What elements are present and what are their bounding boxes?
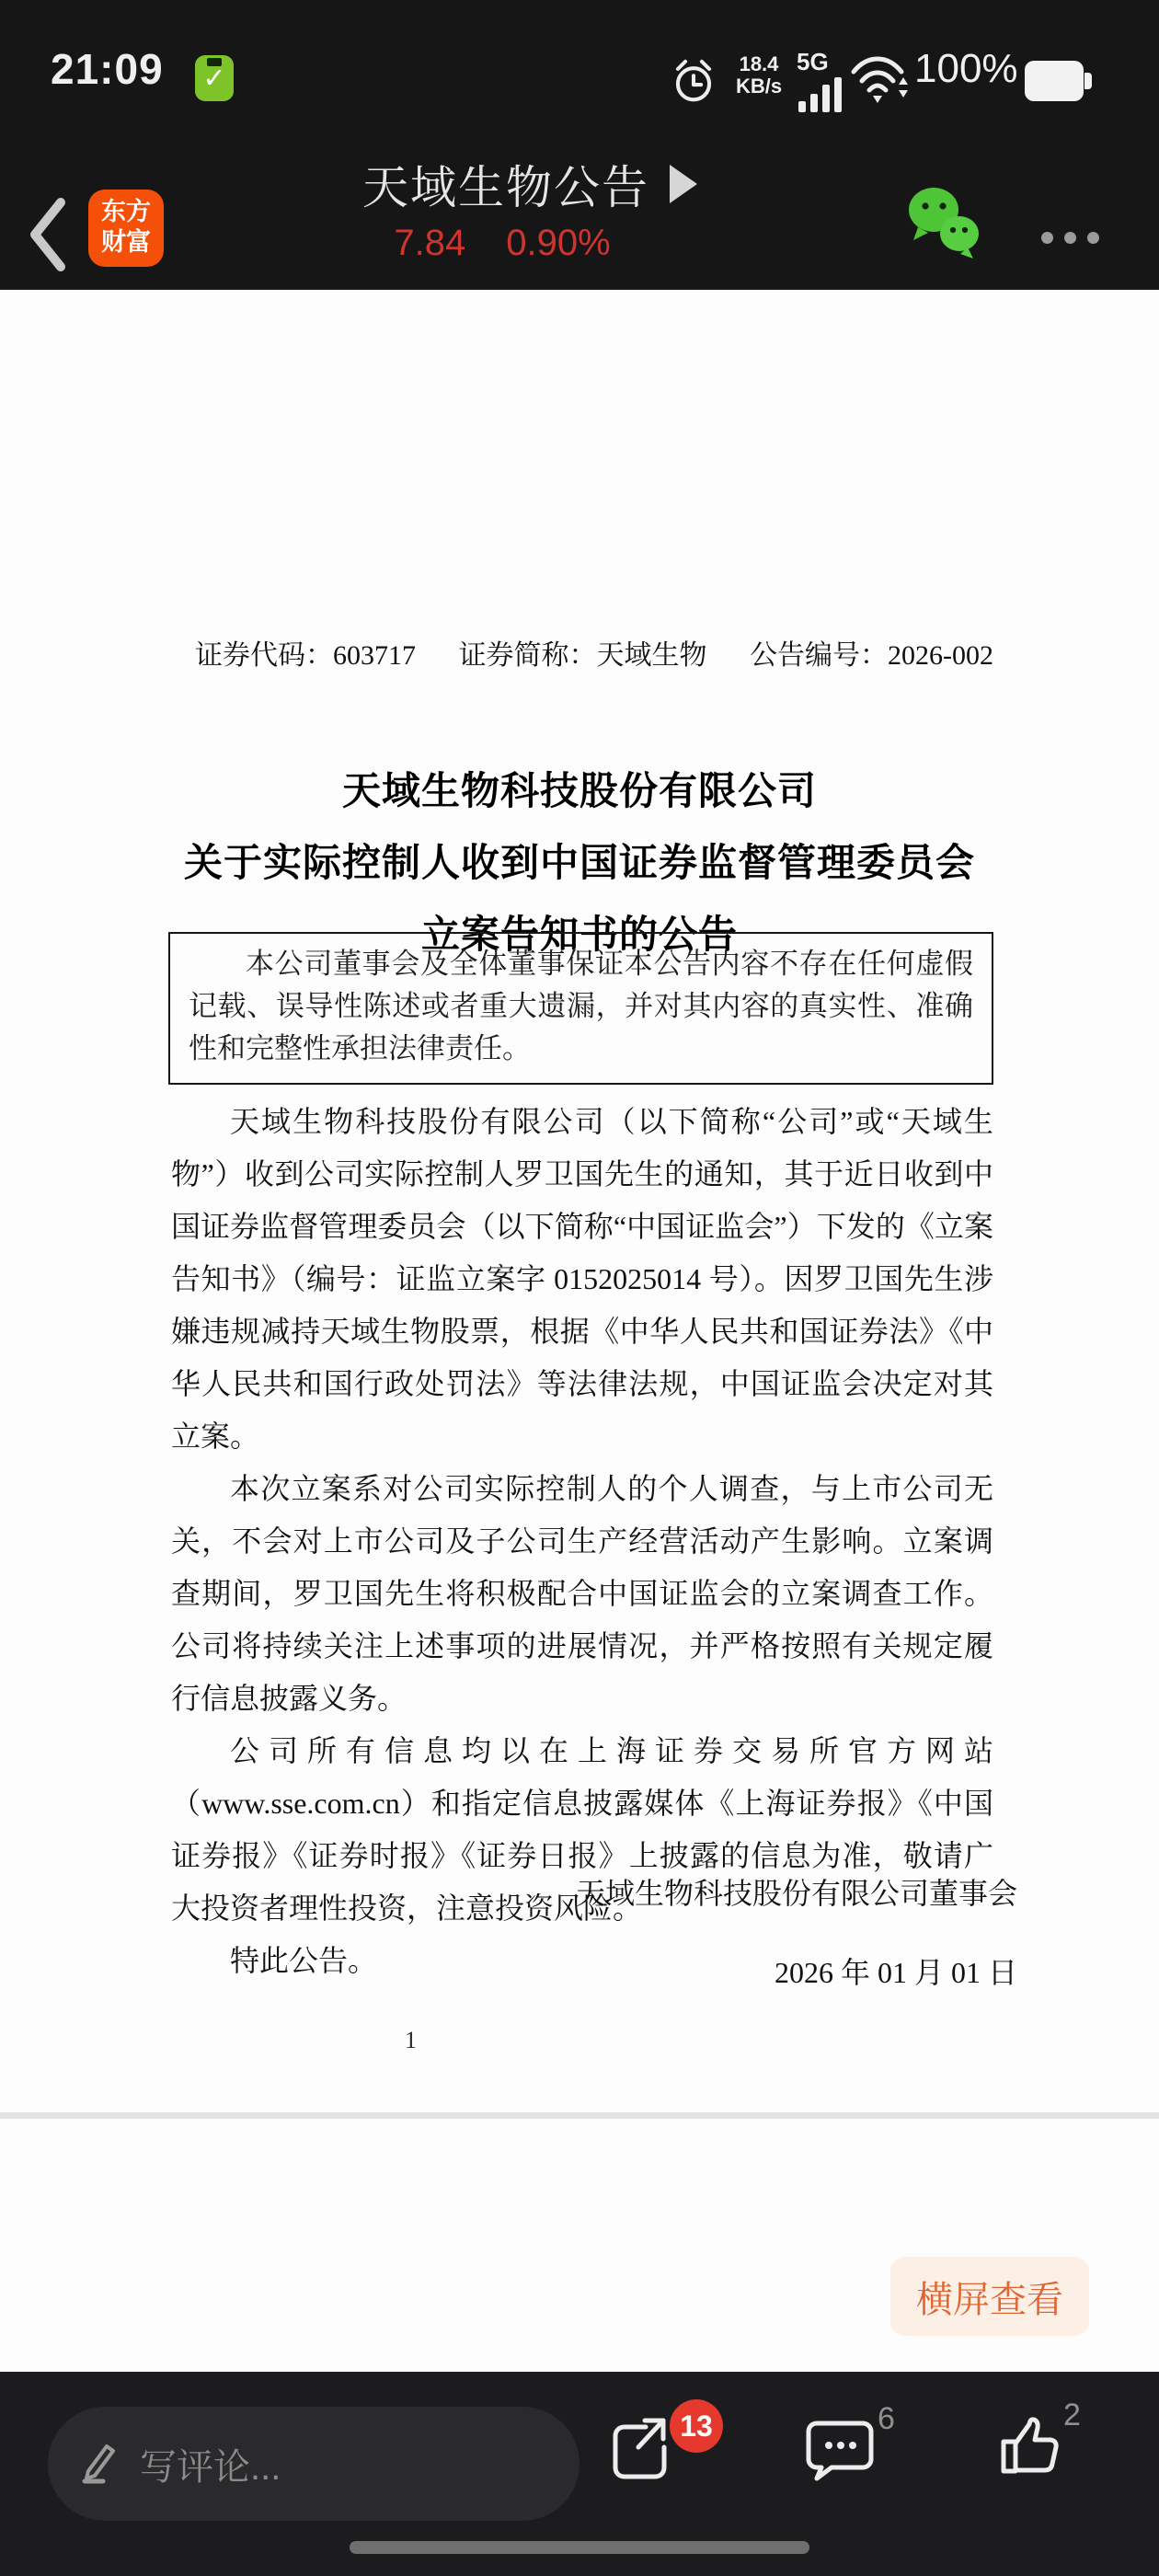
- like-count: 2: [1063, 2398, 1081, 2433]
- signature-date: 2026 年 01 月 01 日: [171, 1949, 1017, 1992]
- more-dots-icon: [1041, 232, 1053, 244]
- back-button[interactable]: [24, 195, 72, 274]
- alarm-clock-icon: [670, 53, 717, 109]
- comment-placeholder: 写评论...: [140, 2438, 281, 2490]
- thumbs-up-icon: [993, 2414, 1063, 2480]
- wechat-share-button[interactable]: [903, 182, 984, 270]
- more-button[interactable]: [1038, 223, 1103, 253]
- stock-code: 证券代码：603717: [195, 632, 416, 673]
- section-divider: [0, 2112, 1159, 2119]
- comment-count: 6: [878, 2401, 895, 2437]
- page-title: 天域生物公告: [362, 151, 649, 217]
- document-title-line-1: 天域生物科技股份有限公司: [0, 761, 1159, 816]
- nav-bar: 东方 财富 天域生物公告 7.84 0.90%: [0, 120, 1159, 290]
- signature-block: 天域生物科技股份有限公司董事会 2026 年 01 月 01 日: [171, 1870, 1017, 1992]
- battery-percent: 100%: [914, 46, 1018, 92]
- comment-button[interactable]: 6: [804, 2418, 914, 2501]
- battery-saver-icon: ✓: [195, 55, 234, 101]
- lower-panel: 横屏查看: [0, 2119, 1159, 2372]
- app-logo-text-top: 东方: [88, 197, 164, 227]
- document-title-line-2: 关于实际控制人收到中国证券监督管理委员会: [0, 833, 1159, 888]
- announcement-document: 证券代码：603717 证券简称：天域生物 公告编号：2026-002 天域生物…: [0, 290, 1159, 2112]
- page-number: 1: [405, 2027, 417, 2054]
- network-speed-value: 18.4: [727, 53, 791, 75]
- app-logo[interactable]: 东方 财富: [88, 190, 164, 267]
- declaration-box: 本公司董事会及全体董事保证本公告内容不存在任何虚假记载、误导性陈述或者重大遗漏，…: [168, 932, 993, 1085]
- comment-input[interactable]: 写评论...: [48, 2407, 579, 2521]
- paragraph-2: 本次立案系对公司实际控制人的个人调查，与上市公司无关，不会对上市公司及子公司生产…: [171, 1463, 993, 1725]
- back-chevron-icon: [24, 195, 72, 274]
- status-bar: 21:09 ✓ 18.4 KB/s 5G 100%: [0, 0, 1159, 120]
- comment-icon: [804, 2418, 878, 2484]
- signature-company: 天域生物科技股份有限公司董事会: [171, 1870, 1017, 1913]
- network-speed-unit: KB/s: [727, 75, 791, 98]
- document-body: 天域生物科技股份有限公司（以下简称“公司”或“天域生物”）收到公司实际控制人罗卫…: [171, 1096, 993, 1987]
- network-speed: 18.4 KB/s: [727, 53, 791, 98]
- share-button[interactable]: 13: [609, 2414, 729, 2506]
- stock-price: 7.84: [394, 223, 465, 264]
- expand-arrow-icon[interactable]: [670, 165, 697, 203]
- app-logo-text-bottom: 财富: [88, 227, 164, 258]
- clock-time: 21:09: [51, 44, 164, 94]
- paragraph-1: 天域生物科技股份有限公司（以下简称“公司”或“天域生物”）收到公司实际控制人罗卫…: [171, 1096, 993, 1463]
- document-header-row: 证券代码：603717 证券简称：天域生物 公告编号：2026-002: [171, 632, 993, 673]
- announcement-number: 公告编号：2026-002: [750, 632, 993, 673]
- title-row: 天域生物公告: [362, 151, 697, 217]
- home-indicator[interactable]: [350, 2541, 809, 2554]
- wifi-icon: [850, 53, 909, 107]
- share-icon: [609, 2414, 670, 2486]
- stock-quote[interactable]: 7.84 0.90%: [394, 223, 610, 264]
- stock-change-percent: 0.90%: [506, 223, 610, 264]
- wechat-icon: [903, 182, 984, 265]
- network-type: 5G: [797, 48, 829, 76]
- share-badge: 13: [670, 2399, 723, 2453]
- landscape-view-button[interactable]: 横屏查看: [890, 2257, 1089, 2336]
- like-button[interactable]: 2: [993, 2414, 1095, 2497]
- battery-icon: [1025, 61, 1084, 101]
- app-screen: 21:09 ✓ 18.4 KB/s 5G 100%: [0, 0, 1159, 2576]
- signal-bars-icon: [798, 75, 846, 112]
- bottom-toolbar: 写评论... 13 6 2: [0, 2372, 1159, 2576]
- stock-short-name: 证券简称：天域生物: [459, 632, 707, 673]
- pencil-icon: [77, 2442, 120, 2486]
